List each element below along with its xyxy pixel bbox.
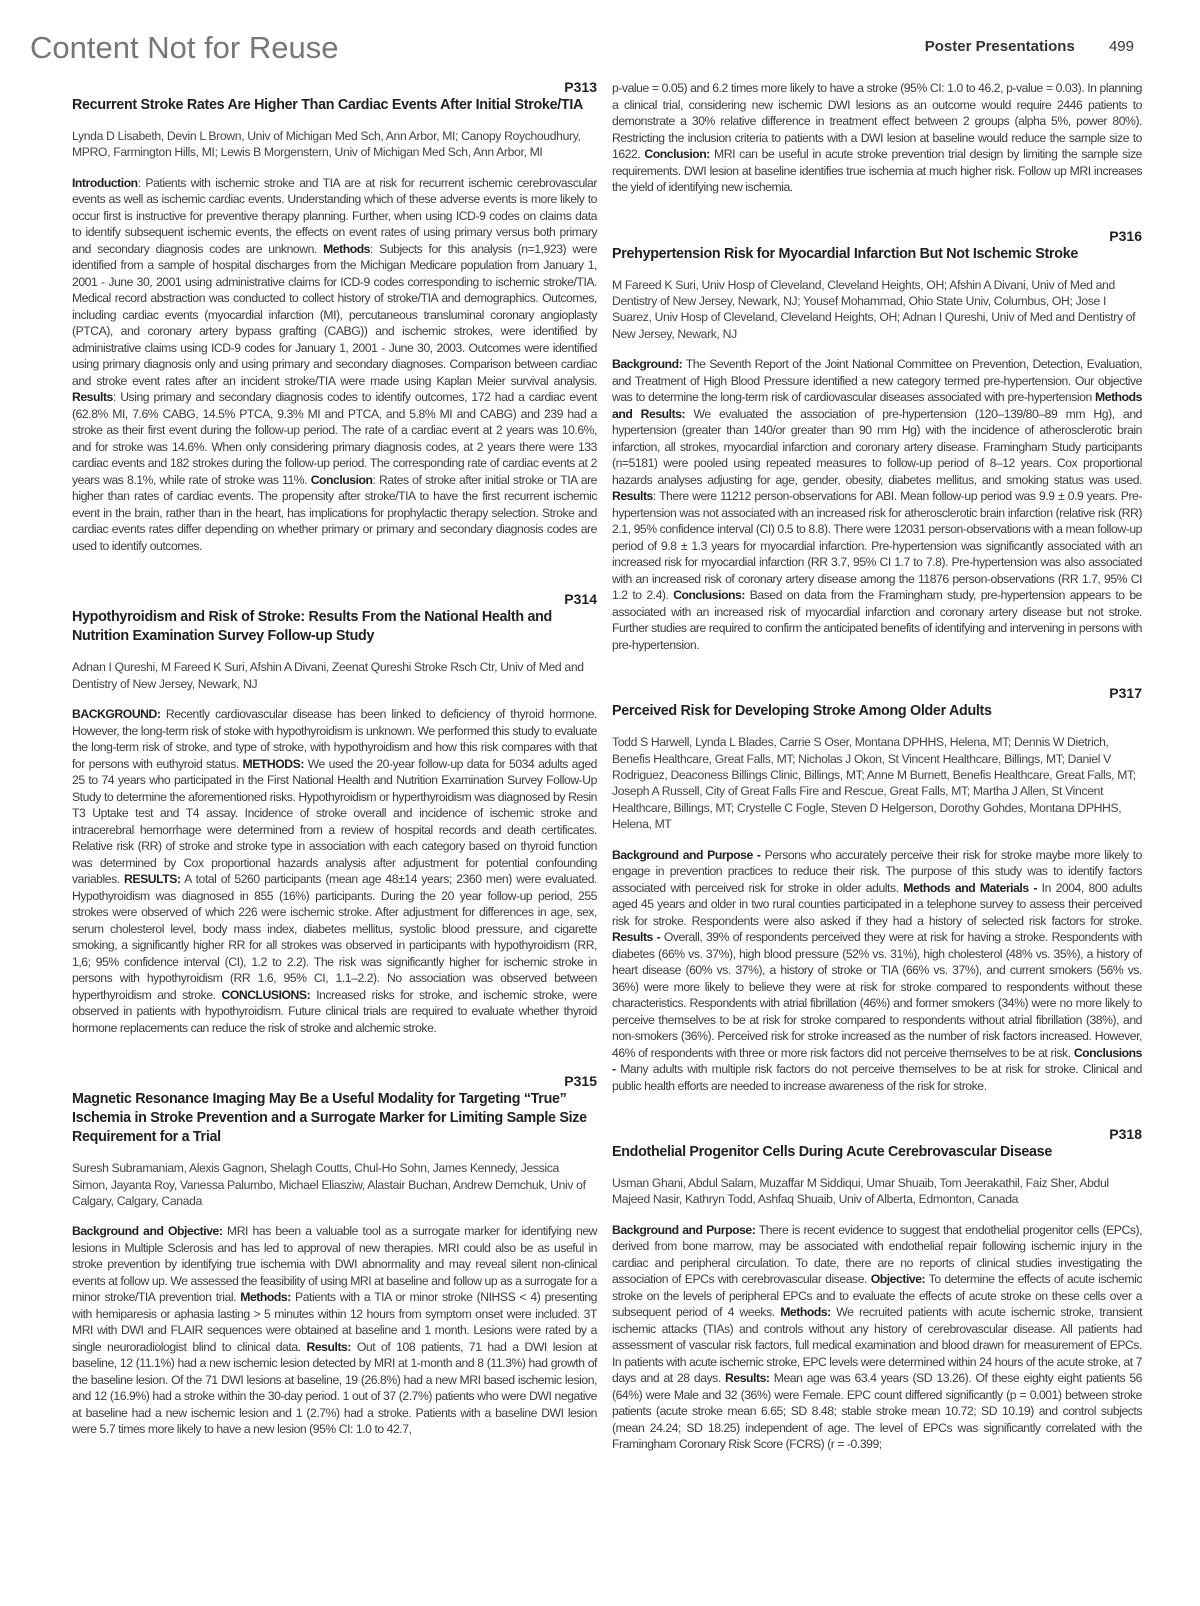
text: : Subjects for this analysis (n=1,923) w… xyxy=(72,242,597,388)
heading-introduction: Introduction xyxy=(72,176,138,190)
heading-results: Results: xyxy=(725,1371,769,1385)
abstract-authors: Todd S Harwell, Lynda L Blades, Carrie S… xyxy=(612,734,1142,832)
abstract-body: Background and Purpose - Persons who acc… xyxy=(612,847,1142,1095)
heading-results: Results xyxy=(72,390,113,404)
heading-results: Results xyxy=(612,489,653,503)
running-head: Poster Presentations 499 xyxy=(600,38,1134,55)
left-column: P313 Recurrent Stroke Rates Are Higher T… xyxy=(72,79,597,1438)
abstract-body: p-value = 0.05) and 6.2 times more likel… xyxy=(612,80,1142,196)
heading-methods: Methods xyxy=(323,242,370,256)
abstract-body: Introduction: Patients with ischemic str… xyxy=(72,175,597,555)
abstract-p315-continued: p-value = 0.05) and 6.2 times more likel… xyxy=(612,80,1142,196)
abstract-title: Magnetic Resonance Imaging May Be a Usef… xyxy=(72,1090,597,1147)
heading-background-objective: Background and Objective: xyxy=(72,1224,222,1238)
heading-background-purpose: Background and Purpose - xyxy=(612,848,761,862)
right-column: p-value = 0.05) and 6.2 times more likel… xyxy=(612,80,1142,1453)
text: Overall, 39% of respondents perceived th… xyxy=(612,930,1142,1060)
heading-background: BACKGROUND: xyxy=(72,707,160,721)
abstract-authors: Adnan I Qureshi, M Fareed K Suri, Afshin… xyxy=(72,659,597,692)
abstract-title: Endothelial Progenitor Cells During Acut… xyxy=(612,1143,1142,1162)
abstract-id: P314 xyxy=(72,591,597,608)
text: A total of 5260 participants (mean age 4… xyxy=(72,872,597,1002)
abstract-body: BACKGROUND: Recently cardiovascular dise… xyxy=(72,706,597,1036)
abstract-authors: M Fareed K Suri, Univ Hosp of Cleveland,… xyxy=(612,277,1142,343)
abstract-p313: P313 Recurrent Stroke Rates Are Higher T… xyxy=(72,79,597,554)
abstract-id: P317 xyxy=(612,685,1142,702)
heading-methods-materials: Methods and Materials - xyxy=(903,881,1037,895)
abstract-id: P316 xyxy=(612,228,1142,245)
abstract-authors: Lynda D Lisabeth, Devin L Brown, Univ of… xyxy=(72,128,597,161)
heading-background: Background: xyxy=(612,357,682,371)
abstract-p318: P318 Endothelial Progenitor Cells During… xyxy=(612,1126,1142,1453)
abstract-authors: Usman Ghani, Abdul Salam, Muzaffar M Sid… xyxy=(612,1175,1142,1208)
heading-results: RESULTS: xyxy=(124,872,180,886)
abstract-body: Background and Objective: MRI has been a… xyxy=(72,1223,597,1438)
heading-results: Results: xyxy=(307,1340,351,1354)
watermark: Content Not for Reuse xyxy=(30,30,338,66)
text: The Seventh Report of the Joint National… xyxy=(612,357,1142,404)
heading-conclusions: CONCLUSIONS: xyxy=(221,988,310,1002)
heading-methods: Methods: xyxy=(240,1290,291,1304)
abstract-p314: P314 Hypothyroidism and Risk of Stroke: … xyxy=(72,591,597,1036)
text: Out of 108 patients, 71 had a DWI lesion… xyxy=(72,1340,597,1437)
abstract-p317: P317 Perceived Risk for Developing Strok… xyxy=(612,685,1142,1094)
heading-conclusion: Conclusion xyxy=(311,473,373,487)
abstract-authors: Suresh Subramaniam, Alexis Gagnon, Shela… xyxy=(72,1160,597,1209)
abstract-body: Background and Purpose: There is recent … xyxy=(612,1222,1142,1453)
heading-background-purpose: Background and Purpose: xyxy=(612,1223,755,1237)
page-number: 499 xyxy=(1109,38,1134,55)
heading-methods: METHODS: xyxy=(243,757,304,771)
heading-methods: Methods: xyxy=(780,1305,831,1319)
abstract-title: Recurrent Stroke Rates Are Higher Than C… xyxy=(72,96,597,115)
abstract-id: P315 xyxy=(72,1073,597,1090)
abstract-p316: P316 Prehypertension Risk for Myocardial… xyxy=(612,228,1142,654)
abstract-title: Hypothyroidism and Risk of Stroke: Resul… xyxy=(72,608,597,646)
abstract-id: P318 xyxy=(612,1126,1142,1143)
abstract-body: Background: The Seventh Report of the Jo… xyxy=(612,356,1142,653)
abstract-id: P313 xyxy=(72,79,597,96)
section-title: Poster Presentations xyxy=(925,38,1075,55)
abstract-title: Prehypertension Risk for Myocardial Infa… xyxy=(612,245,1142,264)
heading-objective: Objective: xyxy=(871,1272,925,1286)
abstract-title: Perceived Risk for Developing Stroke Amo… xyxy=(612,702,1142,721)
text: We used the 20-year follow-up data for 5… xyxy=(72,757,597,887)
heading-conclusions: Conclusions: xyxy=(673,588,745,602)
abstract-p315: P315 Magnetic Resonance Imaging May Be a… xyxy=(72,1073,597,1438)
text: We evaluated the association of pre-hype… xyxy=(612,407,1142,487)
heading-conclusion: Conclusion: xyxy=(644,147,709,161)
text: : There were 11212 person-observations f… xyxy=(612,489,1142,602)
text: Many adults with multiple risk factors d… xyxy=(612,1062,1142,1093)
heading-results: Results - xyxy=(612,930,660,944)
